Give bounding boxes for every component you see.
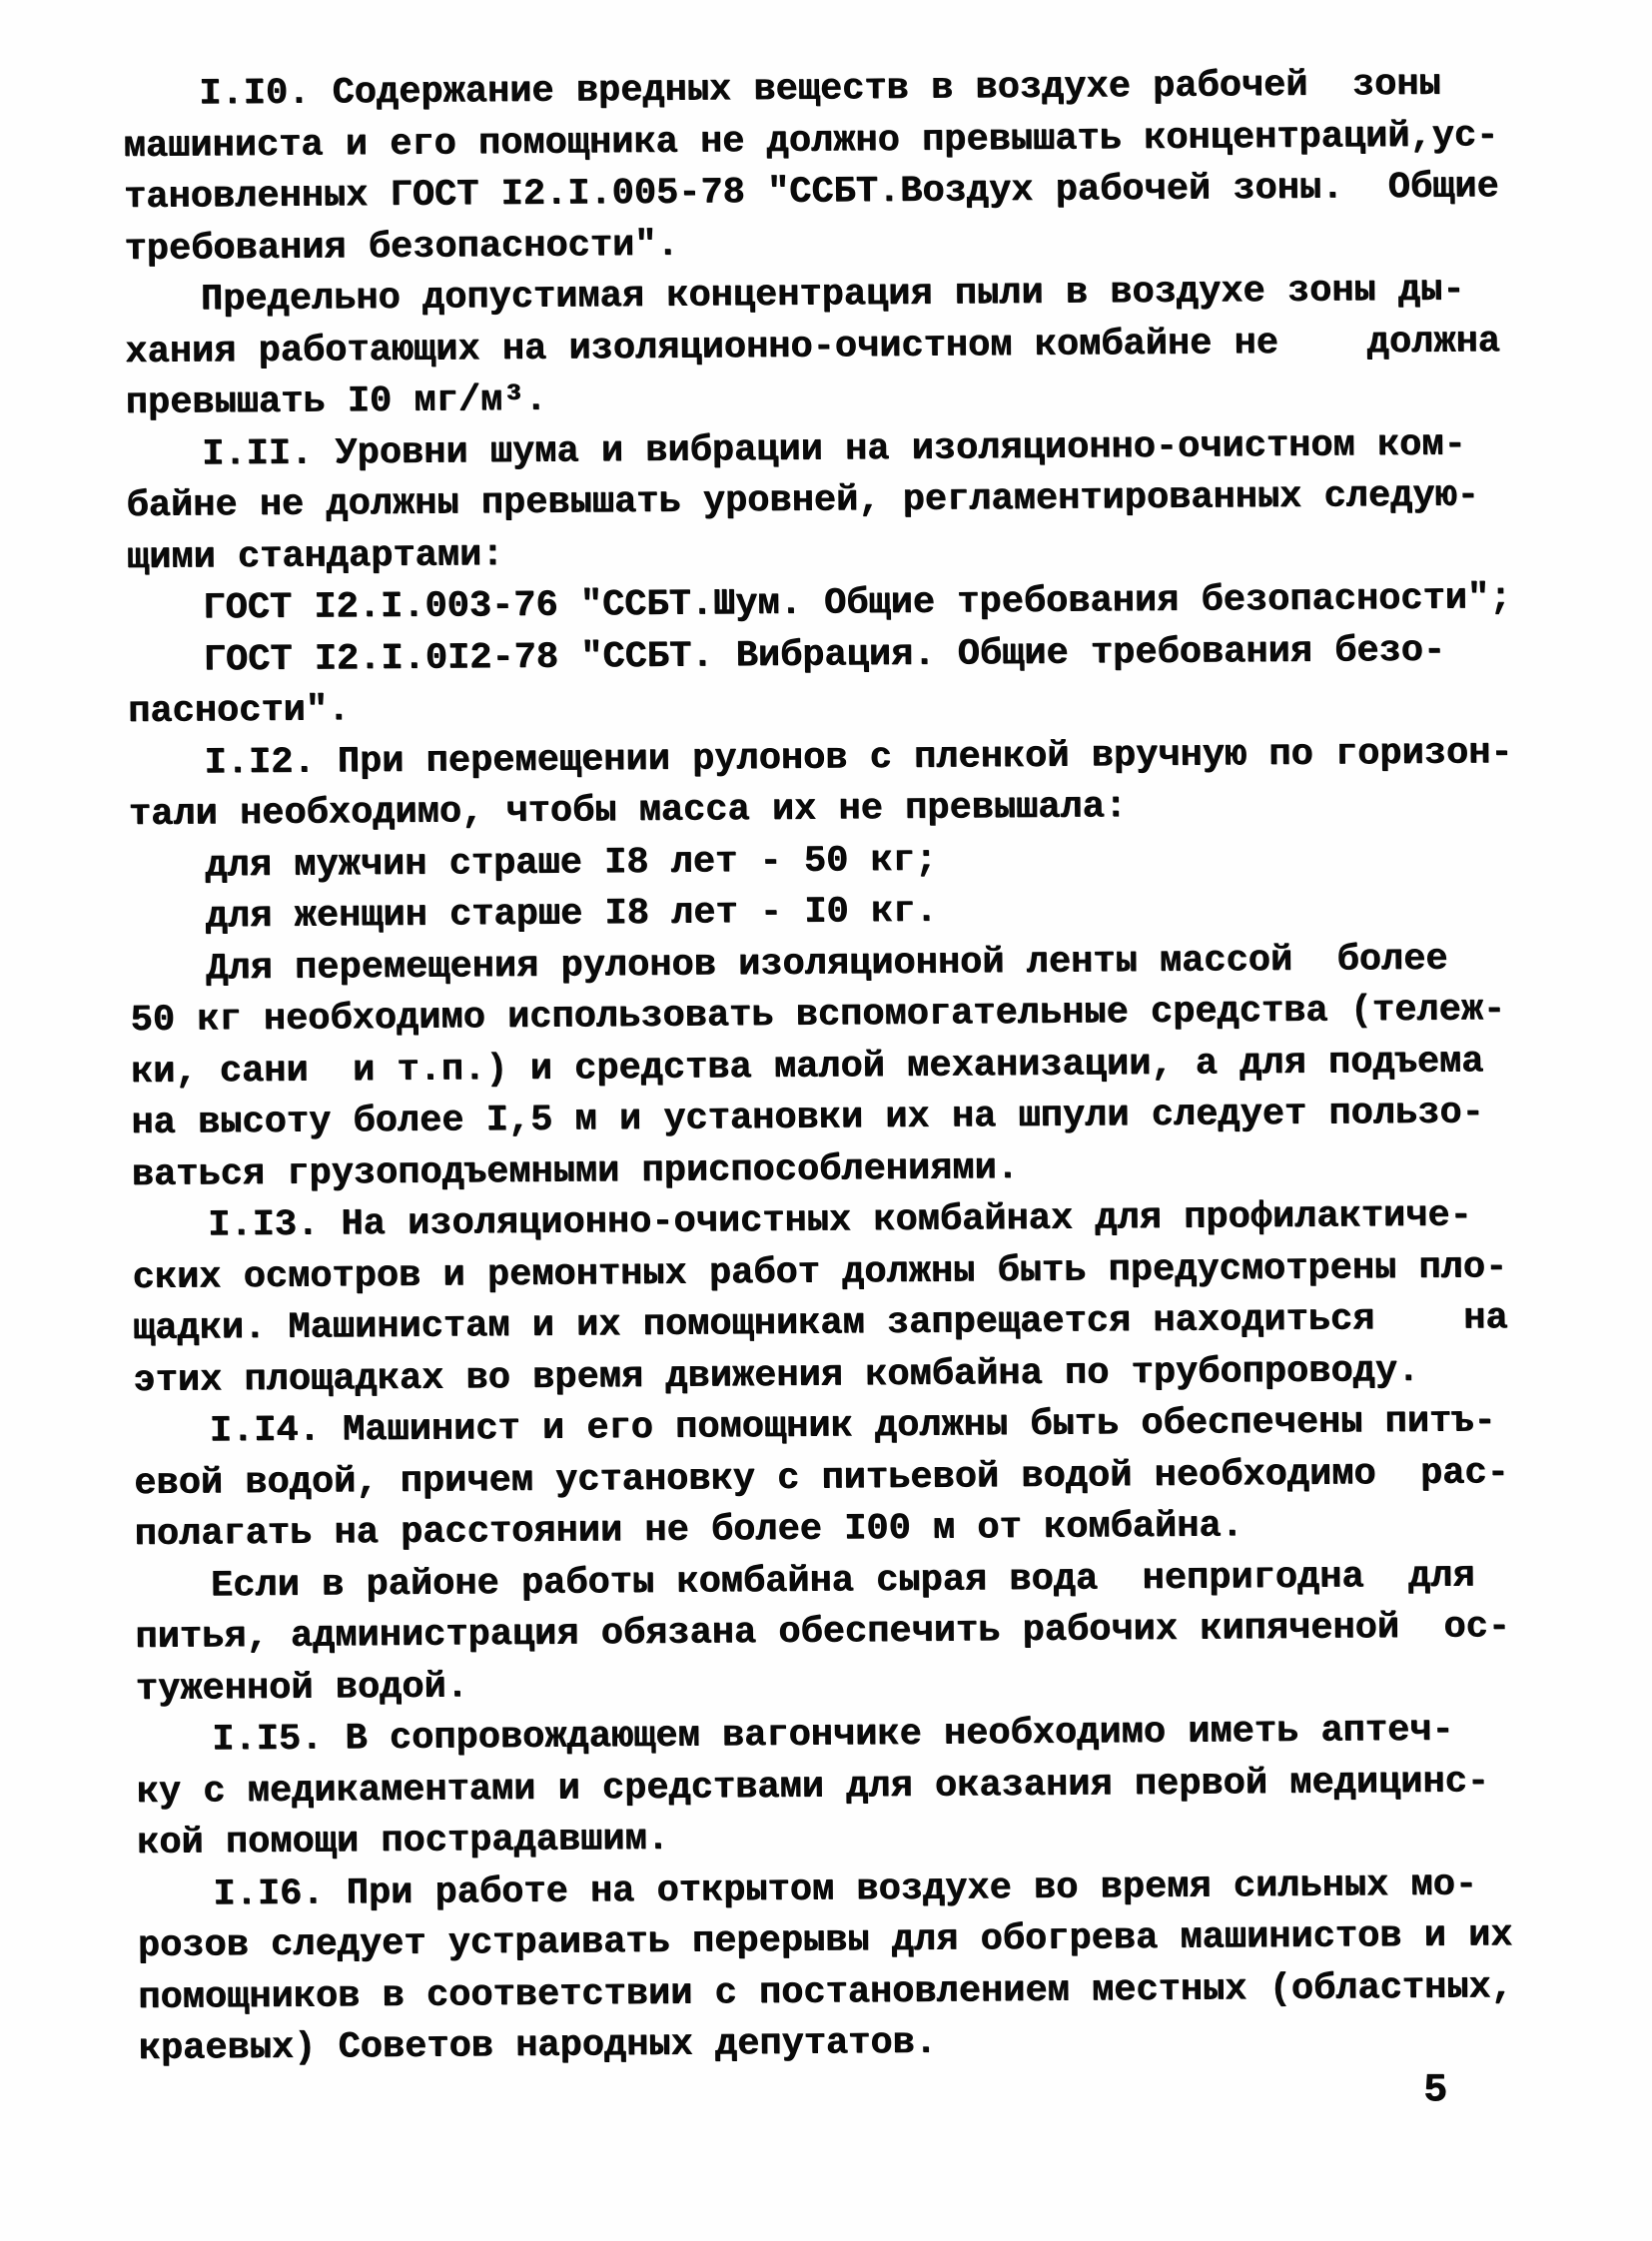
paragraph: I.I4. Машинист и его помощник должны быт… [134,1396,1553,1562]
paragraph: I.I6. При работе на открытом воздухе во … [137,1859,1557,2075]
paragraph: I.I0. Содержание вредных веществ в возду… [123,59,1543,276]
paragraph: ГОСТ I2.I.0I2-78 "ССБТ. Вибрация. Общие … [127,624,1546,738]
paragraph: Для перемещения рулонов изоляционной лен… [130,933,1550,1201]
paragraph: I.I2. При перемещении рулонов с пленкой … [128,727,1547,841]
paragraph: I.I5. В сопровождающем вагончике необход… [136,1705,1555,1870]
paragraph: Предельно допустимая концентрация пыли в… [125,265,1544,430]
paragraph: Если в районе работы комбайна сырая вода… [135,1550,1554,1716]
text-line: краевых) Советов народных депутатов. [138,2013,1556,2076]
document-text: I.I0. Содержание вредных веществ в возду… [123,59,1557,2076]
paragraph: I.II. Уровни шума и вибрации на изоляцио… [126,418,1545,584]
page-number: 5 [1423,2069,1447,2113]
paragraph: I.I3. На изоляционно-очистных комбайнах … [132,1190,1552,1407]
document-page: I.I0. Содержание вредных веществ в возду… [0,0,1652,2241]
